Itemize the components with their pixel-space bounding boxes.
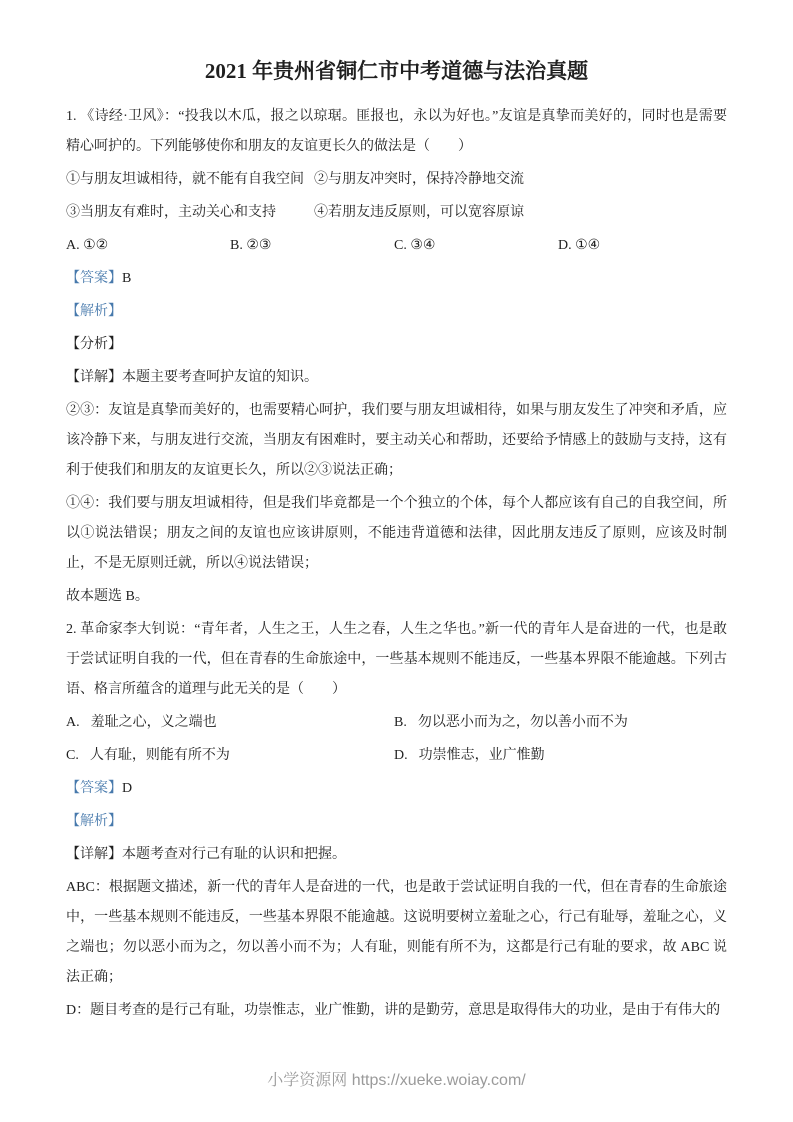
question-1-option-c: C. ③④ [394,231,558,261]
question-1-detail-line: 【详解】本题主要考查呵护友谊的知识。 [66,363,727,393]
footer-credit: 小学资源网 https://xueke.woiay.com/ [0,1067,793,1090]
analysis-label: 【解析】 [66,304,122,319]
analysis-label: 【解析】 [66,814,122,829]
question-1-conclusion: 故本题选 B。 [66,582,727,612]
answer-label: 【答案】 [66,271,122,286]
option-a-text: 羞耻之心，义之端也 [91,715,217,730]
answer-label: 【答案】 [66,781,122,796]
question-2-explanation-1: ABC：根据题文描述，新一代的青年人是奋进的一代，也是敢于尝试证明自我的一代，但… [66,873,727,993]
question-1-item-1: ①与朋友坦诚相待，就不能有自我空间 [66,165,314,195]
document-page: 2021 年贵州省铜仁市中考道德与法治真题 1. 《诗经·卫风》：“投我以木瓜，… [0,0,793,1122]
question-1-option-d: D. ①④ [558,231,600,261]
question-1-item-4: ④若朋友违反原则，可以宽容原谅 [314,205,524,220]
question-1-item-2: ②与朋友冲突时，保持冷静地交流 [314,172,524,187]
option-a-label: A. [66,715,80,730]
question-2-option-a: A.羞耻之心，义之端也 [66,708,394,738]
question-2-option-c: C.人有耻，则能有所不为 [66,741,394,771]
question-2-option-d: D.功崇惟志，业广惟勤 [394,748,545,763]
option-d-text: 功崇惟志，业广惟勤 [419,748,545,763]
document-content: 2021 年贵州省铜仁市中考道德与法治真题 1. 《诗经·卫风》：“投我以木瓜，… [0,0,793,1026]
question-1-review-line: 【分析】 [66,330,727,360]
option-c-label: C. [66,748,79,763]
option-d-label: D. [394,748,408,763]
question-1-item-3: ③当朋友有难时，主动关心和支持 [66,198,314,228]
question-1-items-row-1: ①与朋友坦诚相待，就不能有自我空间②与朋友冲突时，保持冷静地交流 [66,165,727,195]
question-2-options-row-1: A.羞耻之心，义之端也B.勿以恶小而为之，勿以善小而不为 [66,708,727,738]
question-2-option-b: B.勿以恶小而为之，勿以善小而不为 [394,715,628,730]
question-1-stem: 1. 《诗经·卫风》：“投我以木瓜，报之以琼琚。匪报也，永以为好也。”友谊是真挚… [66,102,727,162]
question-2-detail-line: 【详解】本题考查对行己有耻的认识和把握。 [66,840,727,870]
question-2-options-row-2: C.人有耻，则能有所不为D.功崇惟志，业广惟勤 [66,741,727,771]
question-1-option-a: A. ①② [66,231,230,261]
question-1-answer-line: 【答案】B [66,264,727,294]
question-2-explanation-2: D：题目考查的是行己有耻，功崇惟志，业广惟勤，讲的是勤劳，意思是取得伟大的功业，… [66,996,727,1026]
question-2-stem: 2. 革命家李大钊说：“青年者，人生之王，人生之春，人生之华也。”新一代的青年人… [66,615,727,705]
option-b-text: 勿以恶小而为之，勿以善小而不为 [418,715,628,730]
question-1-explanation-1: ②③：友谊是真挚而美好的，也需要精心呵护，我们要与朋友坦诚相待，如果与朋友发生了… [66,396,727,486]
question-1-explanation-2: ①④：我们要与朋友坦诚相待，但是我们毕竟都是一个个独立的个体，每个人都应该有自己… [66,489,727,579]
option-c-text: 人有耻，则能有所不为 [90,748,230,763]
question-1-option-b: B. ②③ [230,231,394,261]
review-label: 【分析】 [66,337,122,352]
question-1-items-row-2: ③当朋友有难时，主动关心和支持④若朋友违反原则，可以宽容原谅 [66,198,727,228]
option-b-label: B. [394,715,407,730]
question-1-analysis-line: 【解析】 [66,297,727,327]
answer-value: D [122,781,132,796]
page-title: 2021 年贵州省铜仁市中考道德与法治真题 [66,52,727,90]
question-2-answer-line: 【答案】D [66,774,727,804]
question-1-options-row: A. ①②B. ②③C. ③④D. ①④ [66,231,727,261]
question-2-analysis-line: 【解析】 [66,807,727,837]
answer-value: B [122,271,131,286]
